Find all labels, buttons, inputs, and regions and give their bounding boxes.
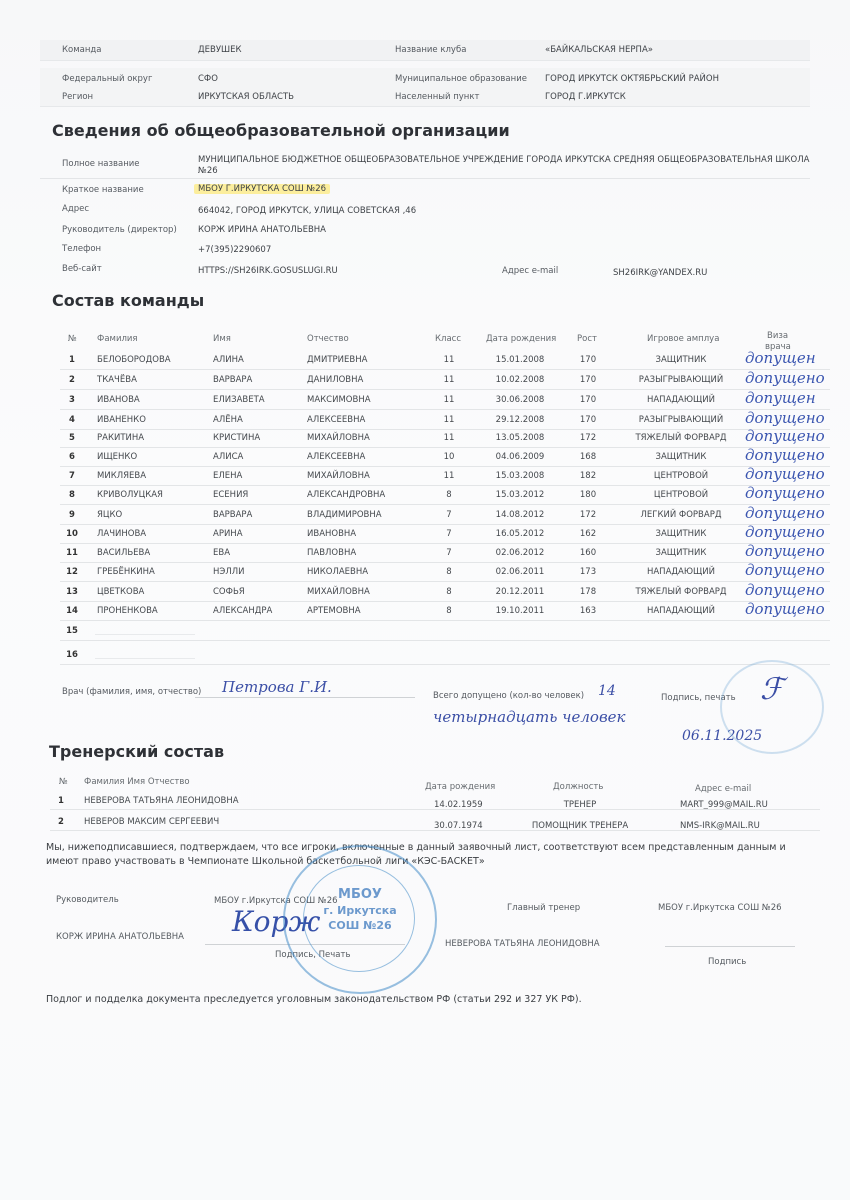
cell-role: РАЗЫГРЫВАЮЩИЙ [622,375,740,385]
cell-surname: ТКАЧЁВА [97,375,137,385]
row-divider [50,830,820,831]
cell-grade: 8 [437,606,461,616]
coach-col-position: Должность [553,782,603,792]
coach-col-email: Адрес e-mail [695,784,751,794]
cell-role: ЦЕНТРОВОЙ [622,490,740,500]
roster-section-title: Состав команды [52,291,204,310]
email-label: Адрес e-mail [502,266,558,276]
district-value: СФО [198,74,218,84]
short-name-label: Краткое название [62,185,144,195]
cell-patronymic: АРТЕМОВНА [307,606,361,616]
cell-visa: допущено [745,581,825,599]
cell-num: 7 [66,471,78,481]
phone-label: Телефон [62,244,101,254]
club-label: Название клуба [395,45,466,55]
col-dob: Дата рождения [486,334,556,344]
cell-grade: 11 [437,395,461,405]
cell-visa: допущен [745,389,816,407]
cell-visa: допущено [745,409,825,427]
cell-visa: допущено [745,600,825,618]
address-label: Адрес [62,204,89,214]
cell-height: 172 [574,510,602,520]
cell-role: НАПАДАЮЩИЙ [622,606,740,616]
cell-height: 178 [574,587,602,597]
cell-num: 12 [66,567,78,577]
cell-surname: ВАСИЛЬЕВА [97,548,150,558]
cell-dob: 02.06.2011 [490,567,550,577]
cell-visa: допущено [745,523,825,541]
cell-surname: ПРОНЕНКОВА [97,606,158,616]
team-value: ДЕВУШЕК [198,45,242,55]
col-name: Имя [213,334,231,344]
cell-dob: 02.06.2012 [490,548,550,558]
cell-dob: 04.06.2009 [490,452,550,462]
cell-name: АРИНА [213,529,243,539]
full-name-line2: №26 [198,166,218,176]
cell-num: 11 [66,548,78,558]
row-divider [60,562,830,563]
cell-dob: 16.05.2012 [490,529,550,539]
cell-name: КРИСТИНА [213,433,260,443]
cell-num: 2 [66,375,78,385]
cell-grade: 8 [437,587,461,597]
stamp-line-2: г. Иркутска [315,904,405,917]
cell-name: АЛИСА [213,452,243,462]
cell-patronymic: АЛЕКСЕЕВНА [307,452,365,462]
cell-name: ЕВА [213,548,230,558]
cell-dob: 15.03.2008 [490,471,550,481]
blank-entry-line [95,658,195,659]
cell-grade: 10 [437,452,461,462]
cell-num: 15 [66,626,78,636]
cell-patronymic: ИВАНОВНА [307,529,356,539]
coach-col-fio: Фамилия Имя Отчество [84,777,190,787]
cell-role: ЦЕНТРОВОЙ [622,471,740,481]
col-patronymic: Отчество [307,334,349,344]
cell-role: ТЯЖЕЛЫЙ ФОРВАРД [622,433,740,443]
cell-height: 163 [574,606,602,616]
coach-name: НЕВЕРОВА ТАТЬЯНА ЛЕОНИДОВНА [445,939,600,949]
head-label: Руководитель [56,895,119,905]
doctor-stamp [720,660,824,754]
declaration-line-1: Мы, нижеподписавшиеся, подтверждаем, что… [46,842,786,853]
coach-cell-num: 1 [56,796,66,806]
coach-sign-label: Подпись [708,957,746,967]
cell-role: НАПАДАЮЩИЙ [622,395,740,405]
row-divider [50,809,820,810]
cell-num: 1 [66,355,78,365]
cell-grade: 11 [437,433,461,443]
cell-dob: 20.12.2011 [490,587,550,597]
col-surname: Фамилия [97,334,138,344]
cell-name: АЛЁНА [213,415,243,425]
cell-role: ЗАЩИТНИК [622,355,740,365]
cell-patronymic: ВЛАДИМИРОВНА [307,510,382,520]
cell-role: РАЗЫГРЫВАЮЩИЙ [622,415,740,425]
cell-patronymic: ДАНИЛОВНА [307,375,363,385]
cell-grade: 8 [437,567,461,577]
cell-patronymic: МАКСИМОВНА [307,395,371,405]
cell-num: 3 [66,395,78,405]
row-divider [60,543,830,544]
cell-surname: ЛАЧИНОВА [97,529,146,539]
cell-name: ЕЛЕНА [213,471,242,481]
row-divider [60,601,830,602]
cell-height: 173 [574,567,602,577]
row-divider [60,409,830,410]
blank-entry-line [95,634,195,635]
cell-dob: 13.05.2008 [490,433,550,443]
full-name-label: Полное название [62,159,140,169]
cell-grade: 11 [437,415,461,425]
website-label: Веб-сайт [62,264,102,274]
cell-num: 5 [66,433,78,443]
stamp-line-3: СОШ №26 [315,919,405,932]
cell-dob: 15.01.2008 [490,355,550,365]
cell-name: НЭЛЛИ [213,567,244,577]
col-visa-1: Виза [767,331,788,341]
cell-surname: ГРЕБЁНКИНА [97,567,155,577]
coach-label: Главный тренер [507,903,580,913]
team-label: Команда [62,45,102,55]
cell-dob: 15.03.2012 [490,490,550,500]
cell-visa: допущено [745,465,825,483]
cell-patronymic: МИХАЙЛОВНА [307,587,370,597]
col-num: № [68,334,77,344]
cell-grade: 7 [437,510,461,520]
cell-num: 14 [66,606,78,616]
cell-visa: допущено [745,369,825,387]
cell-surname: МИКЛЯЕВА [97,471,146,481]
address-value: 664042, ГОРОД ИРКУТСК, УЛИЦА СОВЕТСКАЯ ,… [198,206,416,216]
cell-height: 162 [574,529,602,539]
cell-dob: 14.08.2012 [490,510,550,520]
cell-num: 16 [66,650,78,660]
cell-height: 182 [574,471,602,481]
row-divider [60,466,830,467]
declaration-line-2: имеют право участвовать в Чемпионате Шко… [46,856,485,867]
cell-num: 8 [66,490,78,500]
district-label: Федеральный округ [62,74,152,84]
cell-num: 13 [66,587,78,597]
coach-cell-fio: НЕВЕРОВА ТАТЬЯНА ЛЕОНИДОВНА [84,796,239,806]
cell-visa: допущено [745,427,825,445]
divider [40,178,810,179]
doctor-signature: Петрова Г.И. [222,678,332,696]
municipal-label: Муниципальное образование [395,74,527,84]
doctor-line [195,697,415,698]
club-value: «БАЙКАЛЬСКАЯ НЕРПА» [545,45,653,55]
coaches-section-title: Тренерский состав [49,742,224,761]
cell-role: ТЯЖЕЛЫЙ ФОРВАРД [622,587,740,597]
cell-patronymic: АЛЕКСАНДРОВНА [307,490,385,500]
row-divider [60,369,830,370]
cell-height: 170 [574,395,602,405]
cell-name: ВАРВАРА [213,375,252,385]
cell-dob: 30.06.2008 [490,395,550,405]
region-label: Регион [62,92,93,102]
cell-height: 160 [574,548,602,558]
cell-visa: допущено [745,446,825,464]
application-form-page: Команда ДЕВУШЕК Название клуба «БАЙКАЛЬС… [0,0,850,1200]
cell-patronymic: МИХАЙЛОВНА [307,433,370,443]
row-divider [60,429,830,430]
coach-sign-line [665,946,795,947]
director-value: КОРЖ ИРИНА АНАТОЛЬЕВНА [198,225,326,235]
cell-grade: 11 [437,375,461,385]
coach-col-num: № [59,777,68,787]
admitted-words: четырнадцать человек [433,708,626,726]
cell-role: ЗАЩИТНИК [622,548,740,558]
municipal-value: ГОРОД ИРКУТСК ОКТЯБРЬСКИЙ РАЙОН [545,74,719,84]
cell-num: 4 [66,415,78,425]
locality-label: Населенный пункт [395,92,479,102]
coach-org: МБОУ г.Иркутска СОШ №26 [658,903,782,913]
row-divider [60,485,830,486]
cell-dob: 10.02.2008 [490,375,550,385]
row-divider [60,524,830,525]
cell-name: ВАРВАРА [213,510,252,520]
forgery-warning: Подлог и подделка документа преследуется… [46,994,582,1005]
row-divider [60,620,830,621]
cell-num: 10 [66,529,78,539]
cell-surname: ЦВЕТКОВА [97,587,144,597]
cell-visa: допущено [745,504,825,522]
cell-patronymic: ДМИТРИЕВНА [307,355,367,365]
cell-surname: ЯЦКО [97,510,122,520]
cell-name: АЛИНА [213,355,244,365]
cell-height: 170 [574,415,602,425]
cell-name: СОФЬЯ [213,587,245,597]
col-height: Рост [577,334,597,344]
admitted-count: 14 [598,683,616,699]
cell-height: 180 [574,490,602,500]
cell-height: 168 [574,452,602,462]
cell-grade: 7 [437,548,461,558]
doctor-label: Врач (фамилия, имя, отчество) [62,687,201,697]
cell-grade: 11 [437,471,461,481]
coach-cell-fio: НЕВЕРОВ МАКСИМ СЕРГЕЕВИЧ [84,817,219,827]
director-label: Руководитель (директор) [62,225,177,235]
cell-height: 170 [574,355,602,365]
cell-role: НАПАДАЮЩИЙ [622,567,740,577]
cell-patronymic: ПАВЛОВНА [307,548,356,558]
cell-visa: допущено [745,484,825,502]
cell-height: 172 [574,433,602,443]
row-divider [60,389,830,390]
cell-visa: допущено [745,561,825,579]
row-divider [60,447,830,448]
row-divider [60,581,830,582]
cell-role: ЛЕГКИЙ ФОРВАРД [622,510,740,520]
cell-name: ЕЛИЗАВЕТА [213,395,265,405]
cell-visa: допущен [745,349,816,367]
cell-role: ЗАЩИТНИК [622,452,740,462]
cell-patronymic: АЛЕКСЕЕВНА [307,415,365,425]
cell-surname: ИЩЕНКО [97,452,137,462]
cell-surname: БЕЛОБОРОДОВА [97,355,171,365]
cell-grade: 11 [437,355,461,365]
locality-value: ГОРОД Г.ИРКУТСК [545,92,626,102]
col-role: Игровое амплуа [647,334,719,344]
phone-value: +7(395)2290607 [198,245,271,255]
website-value: HTTPS://SH26IRK.GOSUSLUGI.RU [198,266,338,276]
cell-patronymic: МИХАЙЛОВНА [307,471,370,481]
row-divider [60,504,830,505]
cell-visa: допущено [745,542,825,560]
col-grade: Класс [435,334,461,344]
cell-height: 170 [574,375,602,385]
email-value: SH26IRK@YANDEX.RU [613,268,707,278]
cell-surname: ИВАНЕНКО [97,415,146,425]
cell-name: ЕСЕНИЯ [213,490,248,500]
region-value: ИРКУТСКАЯ ОБЛАСТЬ [198,92,294,102]
head-name: КОРЖ ИРИНА АНАТОЛЬЕВНА [56,932,184,942]
org-section-title: Сведения об общеобразовательной организа… [52,121,510,140]
admitted-label: Всего допущено (кол-во человек) [433,691,584,701]
stamp-line-1: МБОУ [320,887,400,902]
cell-surname: КРИВОЛУЦКАЯ [97,490,163,500]
cell-name: АЛЕКСАНДРА [213,606,272,616]
cell-num: 9 [66,510,78,520]
full-name-line1: МУНИЦИПАЛЬНОЕ БЮДЖЕТНОЕ ОБЩЕОБРАЗОВАТЕЛЬ… [198,155,809,165]
row-divider [60,664,830,665]
school-stamp: МБОУ г. Иркутска СОШ №26 [283,845,437,994]
cell-dob: 29.12.2008 [490,415,550,425]
short-name-value: МБОУ Г.ИРКУТСКА СОШ №26 [194,184,330,194]
cell-role: ЗАЩИТНИК [622,529,740,539]
cell-surname: РАКИТИНА [97,433,144,443]
coach-col-dob: Дата рождения [425,782,495,792]
cell-patronymic: НИКОЛАЕВНА [307,567,368,577]
cell-grade: 8 [437,490,461,500]
cell-surname: ИВАНОВА [97,395,140,405]
coach-cell-num: 2 [56,817,66,827]
cell-grade: 7 [437,529,461,539]
cell-num: 6 [66,452,78,462]
cell-dob: 19.10.2011 [490,606,550,616]
row-divider [60,640,830,641]
